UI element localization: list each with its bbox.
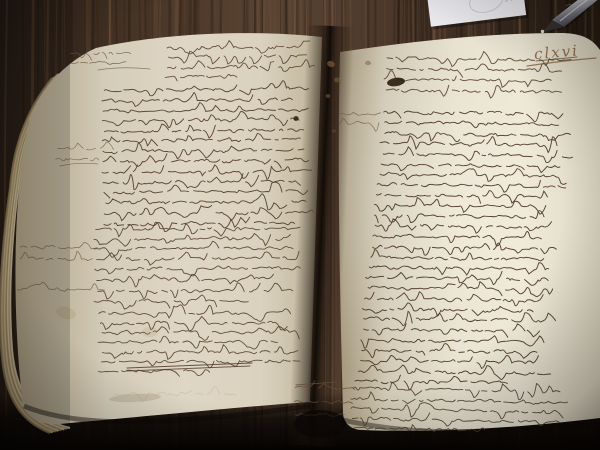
manuscript-scene: clxvi 54 bbox=[0, 0, 600, 450]
vignette bbox=[0, 0, 600, 450]
manuscript-photo: clxvi 54 bbox=[0, 0, 600, 450]
left-edge-darkening bbox=[0, 0, 70, 450]
